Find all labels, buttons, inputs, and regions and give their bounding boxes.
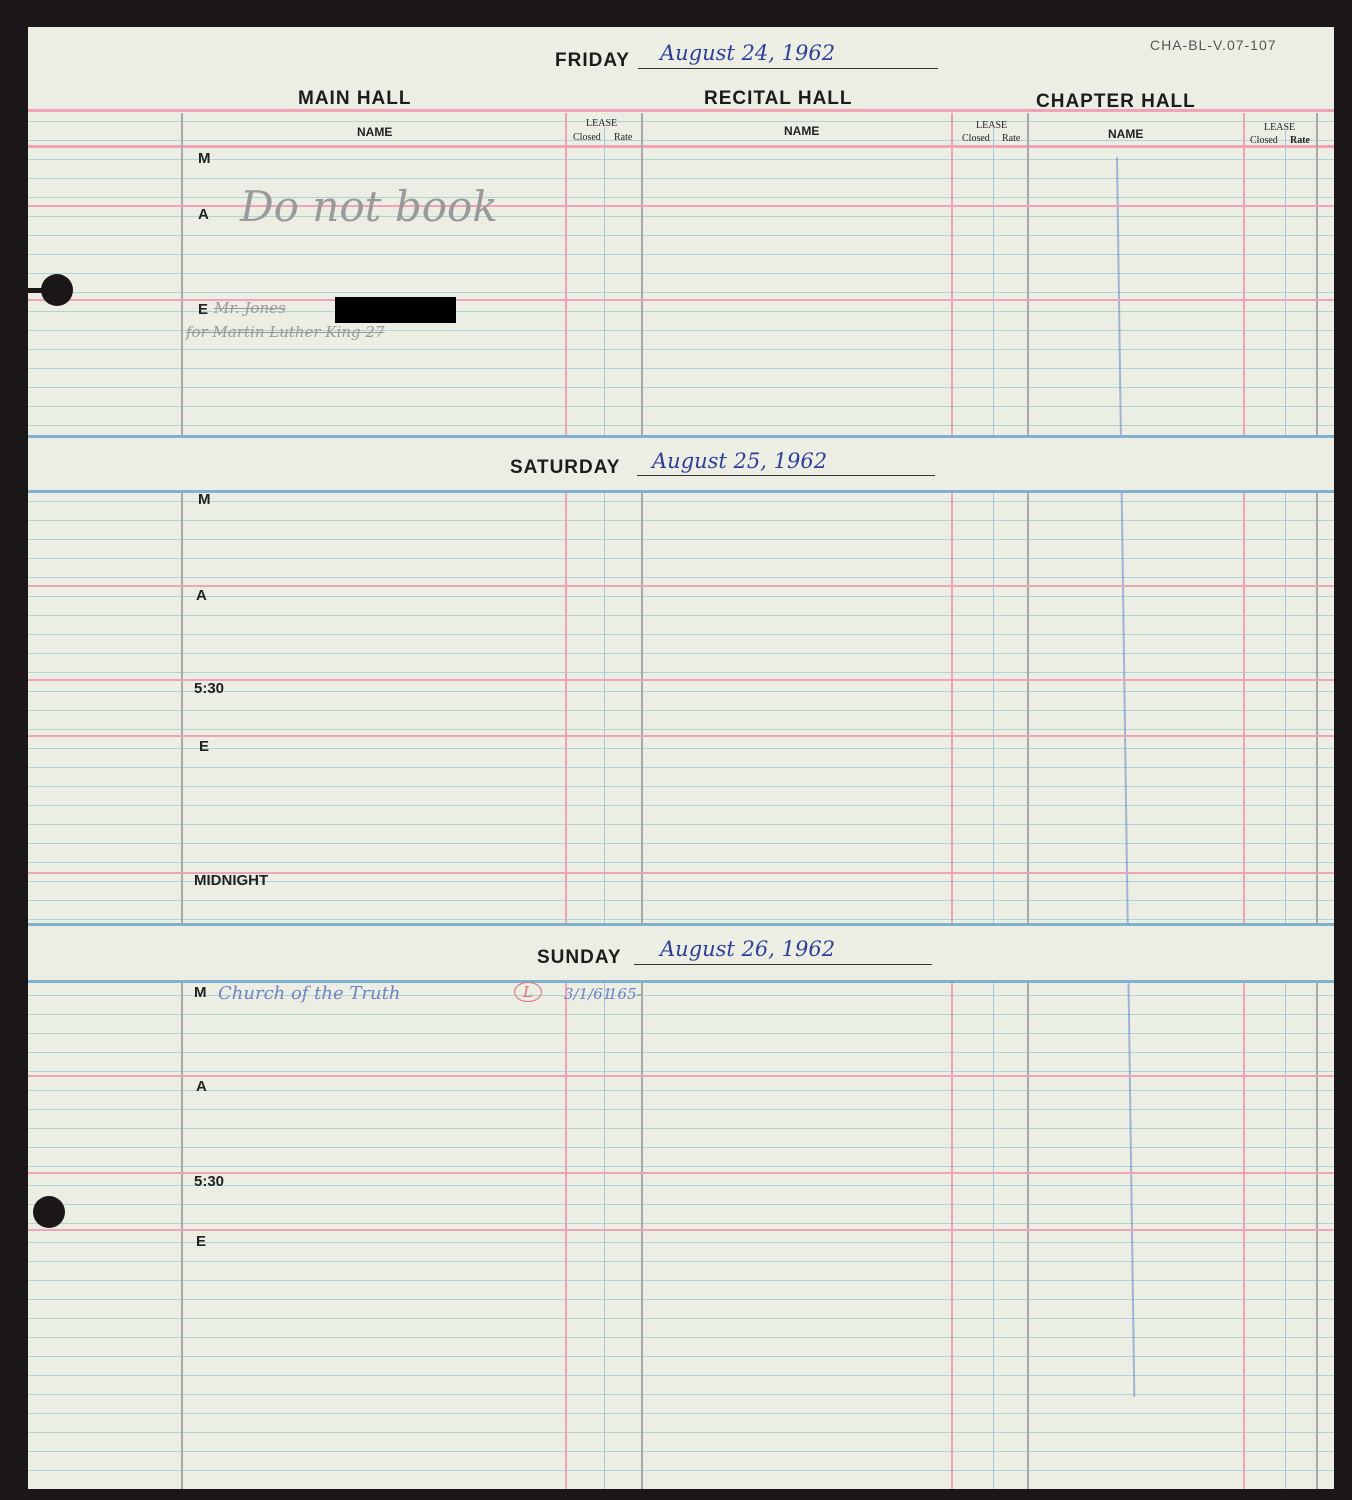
rule-chapter-closed-rate: [1285, 127, 1286, 1489]
rule-main-lease: [565, 113, 567, 1489]
row-rule: [28, 585, 1334, 587]
row-label-m: M: [194, 984, 207, 1001]
closed-main: Closed: [573, 132, 601, 143]
lease-main: LEASE: [586, 118, 617, 129]
struck-entry-line2: for Martin Luther King 27: [186, 323, 385, 341]
rule-chapter-lease: [1243, 113, 1245, 1489]
rule-recital-closed-rate: [993, 127, 994, 1489]
ledger-page: CHA-BL-V.07-107 FRIDAY August 24, 1962 M…: [28, 27, 1334, 1489]
row-label-e: E: [199, 738, 209, 755]
date-sunday: August 26, 1962: [660, 937, 835, 961]
lease-closed-date: 3/1/61: [564, 985, 612, 1003]
day-label-saturday: SATURDAY: [510, 457, 620, 479]
date-saturday: August 25, 1962: [652, 449, 827, 473]
header-rule-bottom: [28, 145, 1334, 148]
row-label-530: 5:30: [194, 1173, 224, 1190]
hall-main: MAIN HALL: [298, 88, 411, 110]
row-rule: [28, 205, 1334, 207]
closed-chapter: Closed: [1250, 135, 1278, 146]
closed-recital: Closed: [962, 133, 990, 144]
row-label-e: E: [196, 1233, 206, 1250]
accession-number: CHA-BL-V.07-107: [1150, 37, 1277, 53]
rate-main: Rate: [614, 132, 632, 143]
hall-recital: RECITAL HALL: [704, 88, 853, 110]
row-label-a: A: [196, 1078, 207, 1095]
day-label-sunday: SUNDAY: [537, 947, 622, 969]
rate-chapter: Rate: [1290, 135, 1310, 146]
lease-recital: LEASE: [976, 120, 1007, 131]
day-label-friday: FRIDAY: [555, 50, 630, 72]
day-divider: [28, 490, 1334, 493]
date-underline: [634, 964, 932, 965]
date-underline: [638, 68, 938, 69]
row-label-m: M: [198, 150, 211, 167]
struck-entry-line1: Mr. Jones: [214, 299, 286, 317]
pencil-note-do-not-book: Do not book: [240, 182, 498, 231]
binder-hole: [33, 1196, 65, 1228]
header-rule-top: [28, 109, 1334, 112]
rate-recital: Rate: [1002, 133, 1020, 144]
row-label-a: A: [198, 206, 209, 223]
col-name-main: NAME: [357, 125, 392, 139]
lease-rate: 165-: [608, 985, 642, 1003]
rule-chapter-start: [1027, 113, 1029, 1489]
row-label-530: 5:30: [194, 680, 224, 697]
rule-main-closed-rate: [604, 127, 605, 1489]
date-underline: [637, 475, 935, 476]
rule-time-col: [181, 113, 183, 1489]
rule-recital-lease: [951, 113, 953, 1489]
lease-chapter: LEASE: [1264, 122, 1295, 133]
booking-church-of-the-truth: Church of the Truth: [218, 983, 400, 1004]
pen-stroke: [1116, 157, 1135, 1397]
row-rule: [28, 735, 1334, 737]
rule-right: [1316, 113, 1318, 1489]
lease-mark-circle: L: [514, 982, 542, 1002]
redaction-box: [335, 297, 456, 323]
row-label-e: E: [198, 301, 208, 318]
date-friday: August 24, 1962: [660, 41, 835, 65]
row-rule: [28, 1229, 1334, 1231]
rule-recital-start: [641, 113, 643, 1489]
row-label-midnight: MIDNIGHT: [194, 872, 268, 889]
row-label-m: M: [198, 491, 211, 508]
binder-hole: [41, 274, 73, 306]
col-name-recital: NAME: [784, 124, 819, 138]
row-label-a: A: [196, 587, 207, 604]
col-name-chapter: NAME: [1108, 127, 1143, 141]
row-rule: [28, 1075, 1334, 1077]
